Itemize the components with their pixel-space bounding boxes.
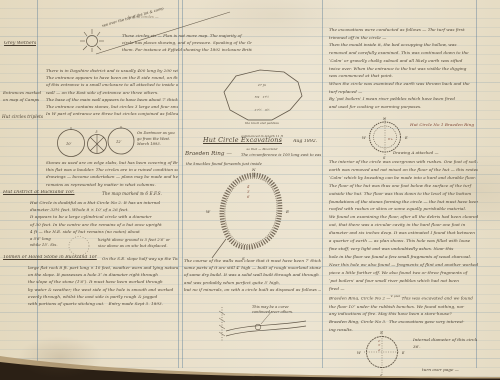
dotted-circle-note-right: height above ground is 5 feet 2′6″ or si…: [98, 237, 178, 249]
hut-district-paragraph: Hut Circle is doubtful as a Hut Circle N…: [30, 199, 176, 235]
circle3-lead: The excavations gave very interest-: [389, 319, 464, 324]
circle1-label-e: E: [404, 136, 408, 140]
circle3-heading-row: Braeden Ring, Circle No 3. The excavatio…: [329, 319, 478, 324]
braeden-ring-label: Braeden Ring —: [185, 151, 232, 157]
circle-left-label: 10′: [66, 142, 72, 146]
circle2-note: V. plan: [390, 294, 400, 298]
circles-caption: On Dartmoor as you go from the West. Mar…: [137, 131, 179, 148]
circle1-label-w: W: [362, 136, 366, 140]
hut-district-heading: Hut District at Buckland Tor.: [3, 190, 75, 195]
margin-note-triplets: Hut circles triplets: [2, 114, 43, 119]
top-note: These circles viz — Plan is not more map…: [122, 32, 252, 53]
stone-line-4: the knoll and pebbles: [233, 121, 291, 125]
left-margin-rule: [37, 0, 38, 368]
diameter-note: Internal diameter of this circle is 36′.: [413, 337, 477, 350]
circle3-label-n: N: [379, 331, 384, 335]
ring-label-w: W: [206, 209, 211, 214]
stone-sketch-text: 27 Jn 5′9 17½ 1′7½ 3½ the knoll and pebb…: [233, 74, 291, 160]
tolmen-paragraph: large flat rock 8 ft. part long × 10 fee…: [28, 264, 178, 307]
circle1-interior-paragraph: The interior of the circle was overgrown…: [329, 158, 478, 292]
drawing-caption: Drawing A attached —: [393, 150, 439, 155]
circle2-paragraph: the floor 10″ under the rubbish benches.…: [329, 303, 478, 318]
section-note: This may be a curve continued over other…: [252, 305, 314, 315]
circle1-dimension: 6′+: [388, 137, 394, 141]
notebook-spread: to find circles — see over the top of th…: [0, 0, 500, 380]
after-circles-paragraph: Stones as used are on edge slabs, but ha…: [46, 159, 178, 188]
three-hut-circles-sketch: 10′ 5 12′: [50, 126, 138, 162]
dotted-circle-note-left: a 5′6″ long while 15′. Six.: [30, 236, 58, 248]
camp-paragraph: There is in Dayshire district and is usu…: [46, 67, 178, 117]
ring-entrance-line: [212, 239, 226, 258]
circle2-lead: This was excavated and we found: [402, 295, 473, 300]
circle-mid-label: 5: [96, 130, 98, 134]
tolmen-heading: Tolmen or Holed Stone in Buckland Tor: [3, 255, 100, 260]
hut-circle-1-heading: Hut Circle No 1 Braeden Ring: [410, 122, 474, 127]
stone-line-2: 5′9 17½: [233, 95, 291, 99]
sun-rays: [80, 29, 104, 52]
ring-label-n: N: [251, 167, 256, 172]
book-bottom-edge: [0, 350, 500, 380]
braeden-ring-plan-sketch: N W E S: [202, 165, 308, 265]
circle3-heading: Braeden Ring, Circle No 3.: [329, 319, 386, 324]
circle2-heading-row: Braeden Ring, Circle No 2 —V. plan This …: [329, 294, 478, 300]
tolmen-line1: On the S.E. slope half way up the Tor is…: [102, 256, 178, 261]
circle2-heading: Braeden Ring, Circle No 2 —: [329, 295, 390, 300]
stone-line-1: 27 Jn: [233, 83, 291, 87]
page-title: Hut Circle Excavations: [203, 136, 282, 144]
column-rule: [322, 0, 323, 368]
circle-right-label: 12′: [116, 140, 122, 144]
ring-label-e: E: [285, 209, 289, 214]
ring-wall: [222, 175, 280, 247]
stone-line-6: so that — Moorland: [233, 147, 291, 151]
margin-note-grey-wethers: Grey Wethers: [4, 41, 36, 46]
wall-paragraph: The course of the walls was clear that i…: [184, 257, 321, 293]
braeden-ring-intro: The circumference is 100 long east to ea…: [241, 153, 321, 157]
circle1-label-n: N: [382, 117, 387, 121]
stone-line-3: 1′7½ 3½: [233, 108, 291, 112]
margin-note-entrances: Entrances marked on map of Camps: [3, 90, 41, 103]
circle3-paragraph-cont: ing results.: [329, 327, 353, 332]
excavation-method-paragraph: The excavations were conducted as follow…: [329, 26, 477, 111]
entry-date: Aug 1892.: [293, 139, 317, 144]
hut-district-map-ref: The map marked № 6 E.F.S.: [102, 191, 162, 196]
sun-sketch: [79, 27, 105, 53]
ring-interior-measures: 4′ 3′ 6′: [247, 185, 250, 200]
